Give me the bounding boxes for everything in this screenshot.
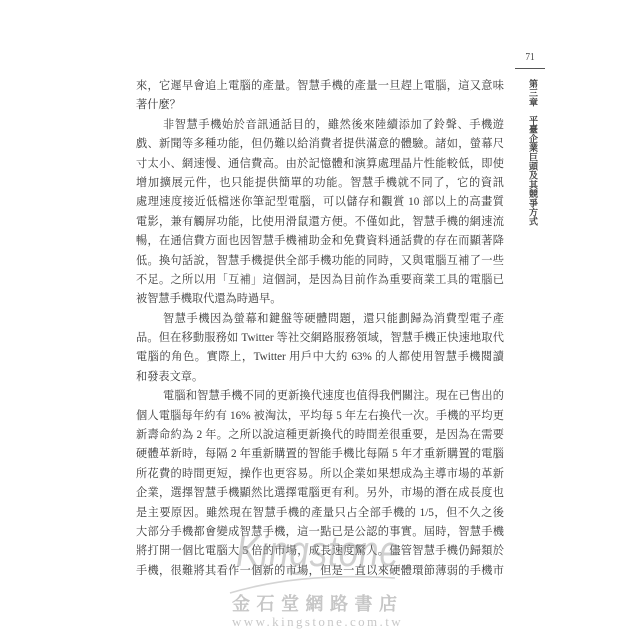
text-line: 所花費的時間更短，操作也更容易。所以企業如果想成為主導市場的革新 <box>136 465 504 484</box>
text-line: 新壽命約為 2 年。之所以說這種更新換代的時間差很重要，是因為在需要 <box>136 426 504 445</box>
body-text: 來，它遲早會追上電腦的產量。智慧手機的產量一旦趕上電腦，這又意味 著什麼？ 非智… <box>136 77 504 581</box>
text-line: 品。但在移動服務如 Twitter 等社交網路服務領域，智慧手機正快速地取代 <box>136 329 504 348</box>
text-line: 是主要原因。雖然現在智慧手機的產量只占全部手機的 1/5，但不久之後 <box>136 504 504 523</box>
text-line: 增加擴展元件，也只能提供簡單的功能。智慧手機就不同了，它的資訊 <box>136 174 504 193</box>
paragraph: 電腦和智慧手機不同的更新換代速度也值得我們關注。現在已售出的 個人電腦每年約有 … <box>136 387 504 581</box>
text-line: 硬體革新時，每隔 2 年重新購置的智能手機比每隔 5 年才重新購置的電腦 <box>136 445 504 464</box>
text-line: 來，它遲早會追上電腦的產量。智慧手機的產量一旦趕上電腦，這又意味 <box>136 77 504 96</box>
text-line: 被智慧手機取代還為時過早。 <box>136 290 504 309</box>
text-line: 個人電腦每年約有 16% 被淘汰，平均每 5 年左右換代一次。手機的平均更 <box>136 407 504 426</box>
text-line: 將打開一個比電腦大 5 倍的市場，成長速度驚人。儘管智慧手機仍歸類於 <box>136 542 504 561</box>
text-line: 大部分手機都會變成智慧手機，這一點已是公認的事實。屆時，智慧手機 <box>136 523 504 542</box>
text-line: 和發表文章。 <box>136 368 504 387</box>
text-line: 電影，兼有觸屏功能，比使用滑鼠還方便。不僅如此，智慧手機的網速流 <box>136 213 504 232</box>
text-line: 企業，選擇智慧手機顯然比選擇電腦更有利。另外，市場的潛在成長度也 <box>136 484 504 503</box>
watermark-url: www.kingstone.com.tw <box>232 615 410 629</box>
watermark-store-name: 金石堂網路書店 <box>232 594 407 614</box>
page-number-rule <box>515 68 545 69</box>
text-line: 寸太小、網速慢、通信費高。由於記憶體和演算處理晶片性能較低，即使 <box>136 155 504 174</box>
running-head-title: 平臺企業巨頭及其競爭方式 <box>528 116 538 226</box>
text-line: 暢，在通信費方面也因智慧手機補助金和免費資料通話費的存在而顯著降 <box>136 232 504 251</box>
text-line: 非智慧手機始於音訊通話目的，雖然後來陸續添加了鈴聲、手機遊 <box>136 116 504 135</box>
text-line: 處理速度接近低檔迷你筆記型電腦，可以儲存和觀賞 10 部以上的高畫質 <box>136 193 504 212</box>
text-line: 手機，很難將其看作一個新的市場，但是一直以來硬體環節薄弱的手機市 <box>136 562 504 581</box>
text-line: 電腦的角色。實際上，Twitter 用戶中大約 63% 的人都使用智慧手機閱讀 <box>136 348 504 367</box>
text-line: 著什麼？ <box>136 96 504 115</box>
text-line: 智慧手機因為螢幕和鍵盤等硬體問題，還只能劃歸為消費型電子產 <box>136 310 504 329</box>
paragraph: 來，它遲早會追上電腦的產量。智慧手機的產量一旦趕上電腦，這又意味 著什麼？ <box>136 77 504 116</box>
text-line: 電腦和智慧手機不同的更新換代速度也值得我們關注。現在已售出的 <box>136 387 504 406</box>
text-line: 低。換句話說，智慧手機提供全部手機功能的同時，又與電腦互補了一些 <box>136 252 504 271</box>
running-head-chapter: 第三章 <box>528 79 538 107</box>
text-line: 不足。之所以用「互補」這個詞，是因為目前作為重要商業工具的電腦已 <box>136 271 504 290</box>
text-line: 戲、新聞等多種功能，但仍難以給消費者提供滿意的體驗。諸如，螢幕尺 <box>136 135 504 154</box>
paragraph: 非智慧手機始於音訊通話目的，雖然後來陸續添加了鈴聲、手機遊 戲、新聞等多種功能，… <box>136 116 504 310</box>
running-head: 第三章平臺企業巨頭及其競爭方式 <box>527 79 539 226</box>
page-number: 71 <box>517 50 543 64</box>
paragraph: 智慧手機因為螢幕和鍵盤等硬體問題，還只能劃歸為消費型電子產 品。但在移動服務如 … <box>136 310 504 388</box>
